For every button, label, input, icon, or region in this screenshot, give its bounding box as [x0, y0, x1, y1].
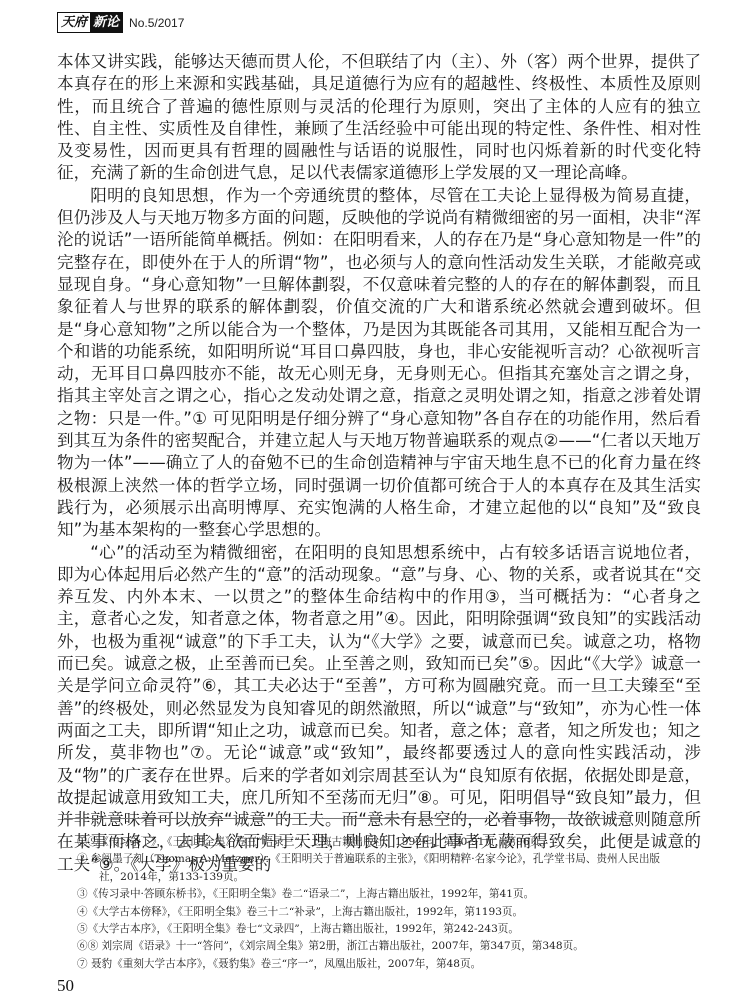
footnote: ② 参阅墨子刻（Thomas A. Metzger）：《王阳明关于普遍联系的主张…: [77, 851, 677, 886]
footnote: ⑥⑧ 刘宗周《语录》十一“答问”，《刘宗周全集》第2册，浙江古籍出版社，2007…: [77, 938, 677, 955]
page-number: 50: [57, 976, 74, 996]
footnotes: ①⑨《传习录下》，《王阳明全集》卷三“语录三”，上海古籍出版社，1992年，第9…: [77, 834, 677, 973]
article-body: 本体又讲实践，能够达天德而贯人伦，不但联结了内（主）、外（客）两个世界，提供了本…: [57, 51, 701, 876]
footnote: ④《大学古本傍释》，《王阳明全集》卷三十二“补录”，上海古籍出版社，1992年，…: [77, 904, 677, 921]
logo-part-1: 天府: [58, 13, 90, 32]
logo-part-2: 新论: [90, 13, 122, 32]
paragraph-2: 阳明的良知思想，作为一个旁通统贯的整体，尽管在工夫论上显得极为简易直捷，但仍涉及…: [57, 185, 701, 542]
issue-number: No.5/2017: [129, 16, 184, 30]
journal-masthead: 天府 新论 No.5/2017: [57, 12, 184, 33]
paragraph-3: “心”的活动至为精微细密，在阳明的良知思想系统中，占有较多话语言说地位者，即为心…: [57, 542, 701, 876]
footnote: ①⑨《传习录下》，《王阳明全集》卷三“语录三”，上海古籍出版社，1992年，第9…: [77, 834, 677, 851]
footnote: ⑤《大学古本序》，《王阳明全集》卷七“文录四”，上海古籍出版社，1992年，第2…: [77, 921, 677, 938]
paragraph-1: 本体又讲实践，能够达天德而贯人伦，不但联结了内（主）、外（客）两个世界，提供了本…: [57, 51, 701, 185]
footnote: ③《传习录中·答顾东桥书》，《王阳明全集》卷二“语录二”，上海古籍出版社，199…: [77, 886, 677, 903]
footnote-divider: [64, 818, 624, 819]
journal-logo: 天府 新论: [57, 12, 123, 33]
footnote: ⑦ 聂豹《重刻大学古本序》，《聂豹集》卷三“序一”，凤凰出版社，2007年，第4…: [77, 956, 677, 973]
